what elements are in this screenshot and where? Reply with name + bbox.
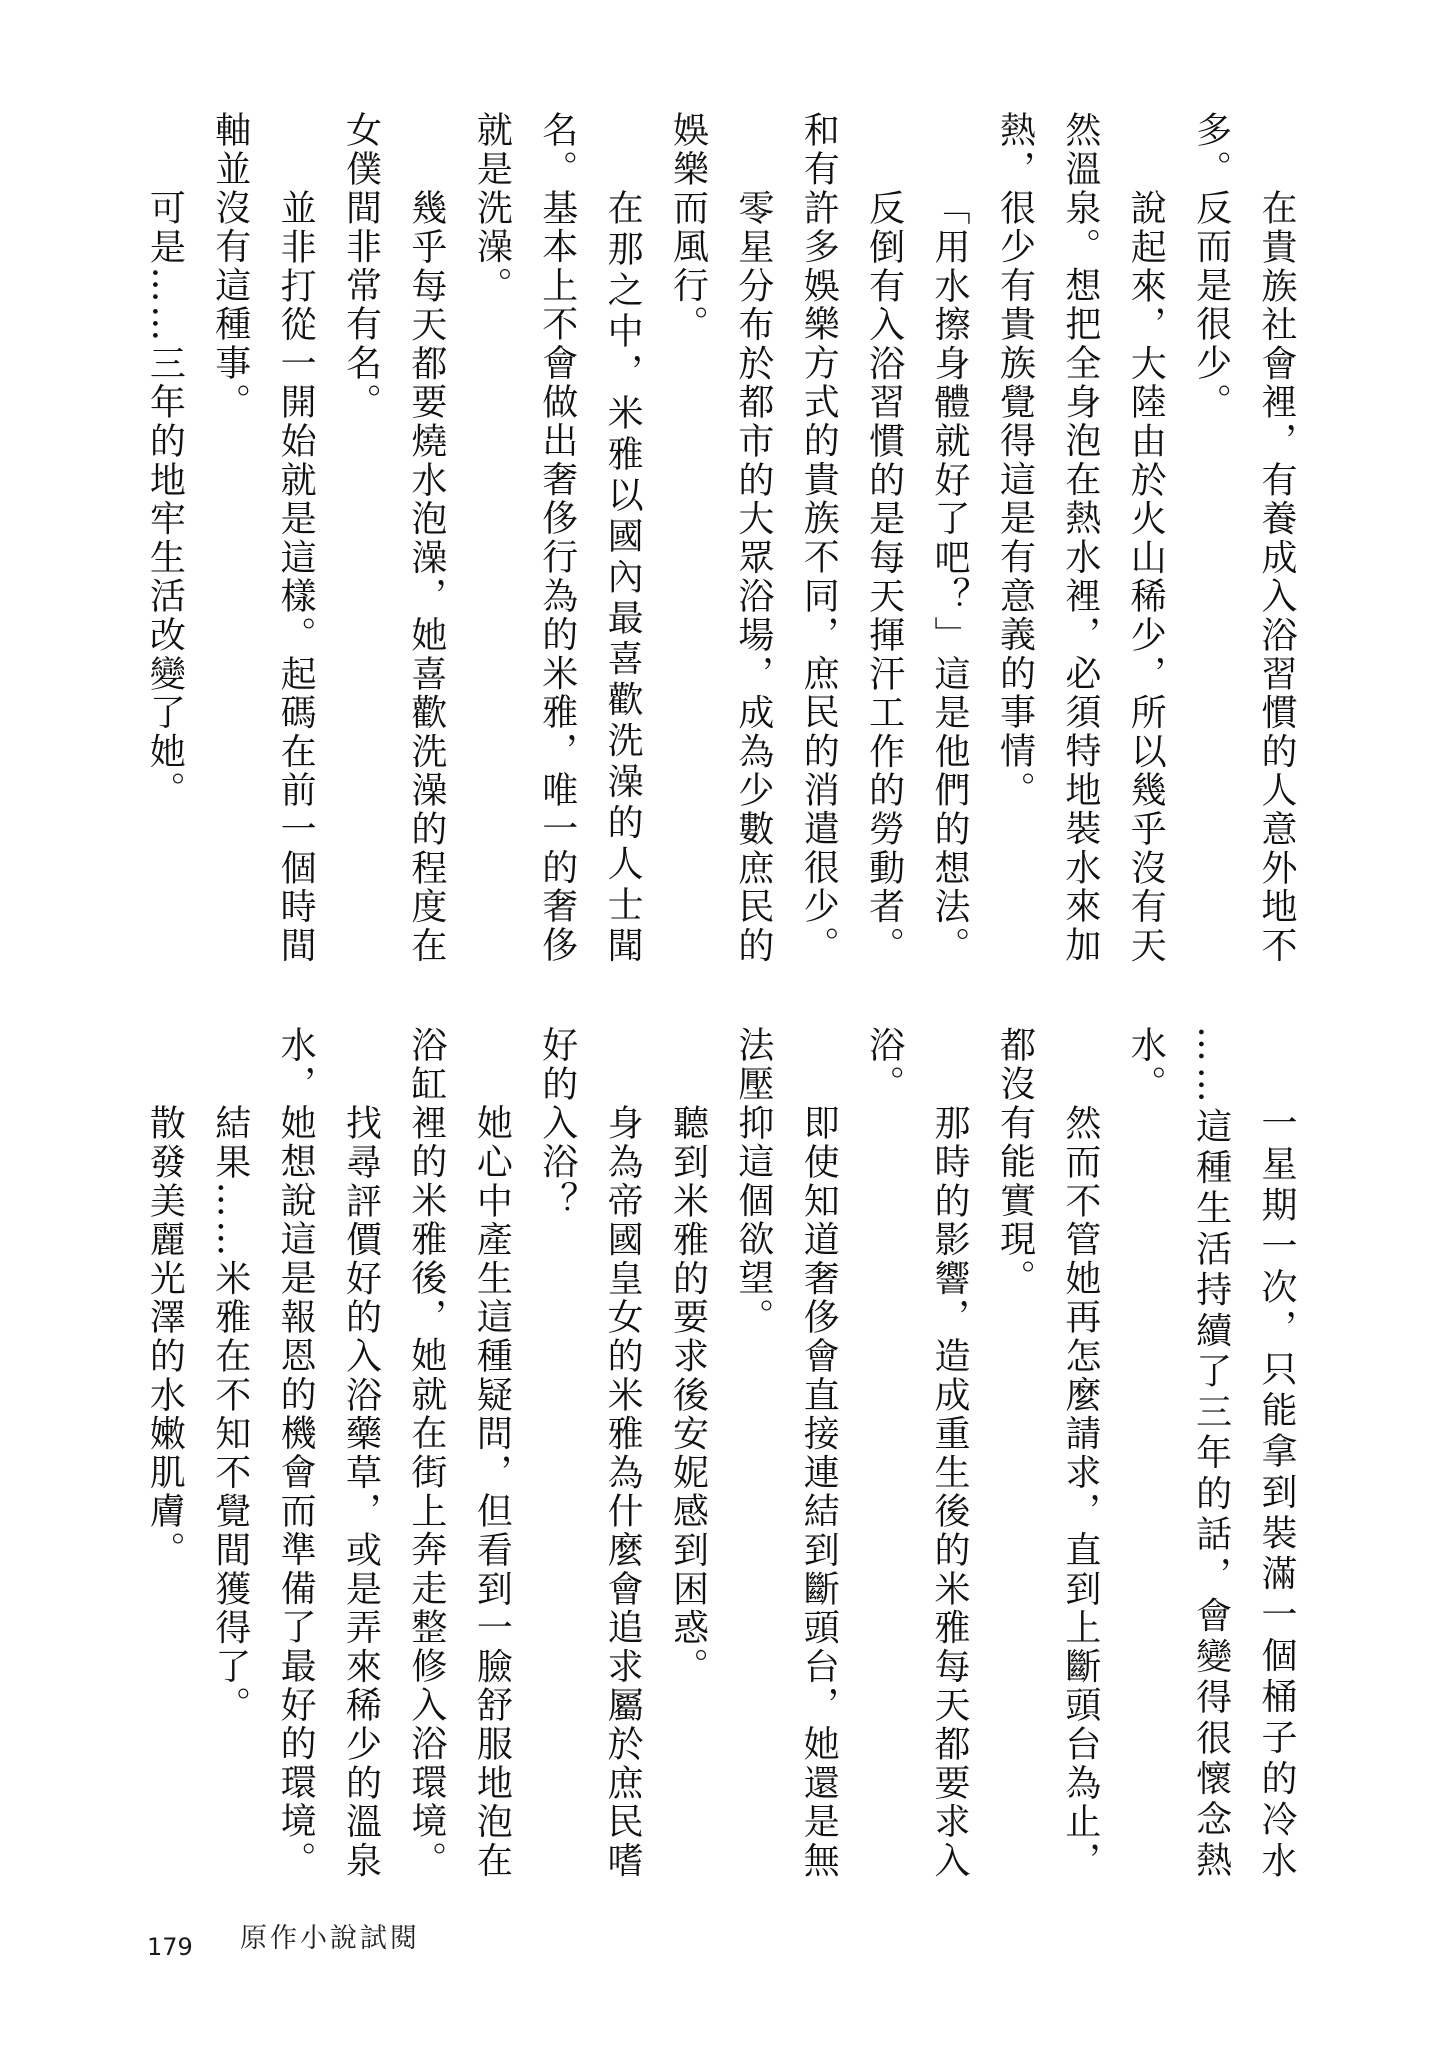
- text-column: 結果……米雅在不知不覺間獲得了。: [197, 1026, 262, 1882]
- text-column: 零星分布於都市的大眾浴場，成為少數庶民的: [720, 111, 785, 967]
- page-number: 179: [147, 1935, 193, 1959]
- text-column: 水。: [1113, 1026, 1178, 1882]
- text-column: 熱，很少有貴族覺得這是有意義的事情。: [982, 111, 1047, 967]
- text-column: 好的入浴？: [524, 1026, 589, 1882]
- text-column: 水，她想說這是報恩的機會而準備了最好的環境。: [263, 1026, 328, 1882]
- text-column: 女僕間非常有名。: [328, 111, 393, 967]
- text-column: 那時的影響，造成重生後的米雅每天都要求入: [917, 1026, 982, 1882]
- text-column: 軸並沒有這種事。: [197, 111, 262, 967]
- text-column: 浴缸裡的米雅後，她就在街上奔走整修入浴環境。: [394, 1026, 459, 1882]
- text-column: 身為帝國皇女的米雅為什麼會追求屬於庶民嗜: [590, 1026, 655, 1882]
- text-column: 在那之中，米雅以國內最喜歡洗澡的人士聞: [590, 111, 655, 967]
- text-block-bottom: 一星期一次，只能拿到裝滿一個桶子的冷水 ……這種生活持續了三年的話，會變得很懷念…: [132, 1026, 1309, 1882]
- book-page: 在貴族社會裡，有養成入浴習慣的人意外地不 多。反而是很少。 說起來，大陸由於火山…: [0, 0, 1440, 2048]
- text-column: 說起來，大陸由於火山稀少，所以幾乎沒有天: [1113, 111, 1178, 967]
- text-column: 就是洗澡。: [459, 111, 524, 967]
- text-column: 然而不管她再怎麼請求，直到上斷頭台為止，: [1047, 1026, 1112, 1882]
- text-column: 浴。: [851, 1026, 916, 1882]
- text-column: 並非打從一開始就是這樣。起碼在前一個時間: [263, 111, 328, 967]
- text-column: 名。基本上不會做出奢侈行為的米雅，唯一的奢侈: [524, 111, 589, 967]
- text-column: 她心中產生這種疑問，但看到一臉舒服地泡在: [459, 1026, 524, 1882]
- running-title: 原作小說試閱: [240, 1924, 420, 1954]
- text-column: 和有許多娛樂方式的貴族不同，庶民的消遣很少。: [786, 111, 851, 967]
- text-column: 反倒有入浴習慣的是每天揮汗工作的勞動者。: [851, 111, 916, 967]
- text-column: 娛樂而風行。: [655, 111, 720, 967]
- text-block-top: 在貴族社會裡，有養成入浴習慣的人意外地不 多。反而是很少。 說起來，大陸由於火山…: [132, 111, 1309, 967]
- text-column: 散發美麗光澤的水嫩肌膚。: [132, 1026, 197, 1882]
- text-column: 「用水擦身體就好了吧？」這是他們的想法。: [917, 111, 982, 967]
- text-column: 聽到米雅的要求後安妮感到困惑。: [655, 1026, 720, 1882]
- text-column: 即使知道奢侈會直接連結到斷頭台，她還是無: [786, 1026, 851, 1882]
- text-column: ……這種生活持續了三年的話，會變得很懷念熱: [1178, 1026, 1243, 1882]
- text-column: 都沒有能實現。: [982, 1026, 1047, 1882]
- text-column: 在貴族社會裡，有養成入浴習慣的人意外地不: [1244, 111, 1309, 967]
- text-column: 幾乎每天都要燒水泡澡，她喜歡洗澡的程度在: [394, 111, 459, 967]
- text-column: 法壓抑這個欲望。: [720, 1026, 785, 1882]
- text-column: 找尋評價好的入浴藥草，或是弄來稀少的溫泉: [328, 1026, 393, 1882]
- text-column: 然溫泉。想把全身泡在熱水裡，必須特地裝水來加: [1047, 111, 1112, 967]
- text-column: 可是……三年的地牢生活改變了她。: [132, 111, 197, 967]
- text-column: 一星期一次，只能拿到裝滿一個桶子的冷水: [1244, 1026, 1309, 1882]
- text-column: 多。反而是很少。: [1178, 111, 1243, 967]
